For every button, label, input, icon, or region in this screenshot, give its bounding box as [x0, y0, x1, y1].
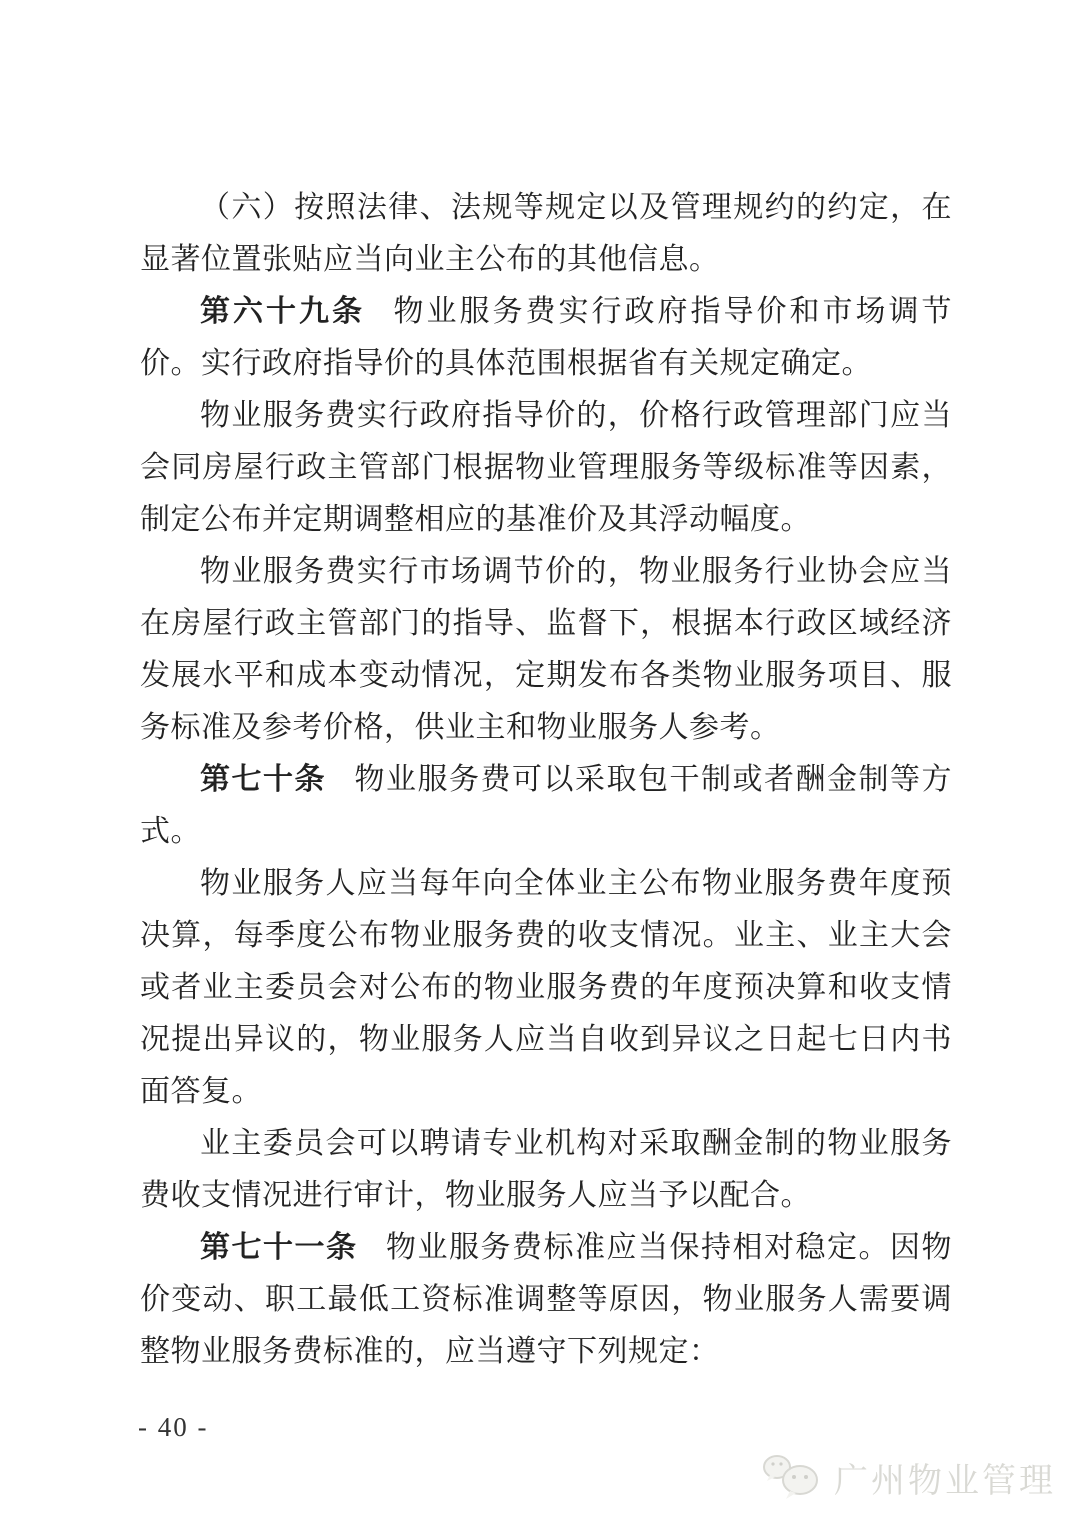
document-body: （六）按照法律、法规等规定以及管理规约的约定，在显著位置张贴应当向业主公布的其他… [140, 182, 952, 1378]
watermark-label: 广州物业管理 [834, 1453, 1056, 1502]
page-number: - 40 - [138, 1412, 208, 1443]
paragraph-text: 物业服务人应当每年向全体业主公布物业服务费年度预决算，每季度公布物业服务费的收支… [140, 867, 952, 1108]
paragraph: 物业服务人应当每年向全体业主公布物业服务费年度预决算，每季度公布物业服务费的收支… [140, 858, 952, 1118]
paragraph: 第六十九条物业服务费实行政府指导价和市场调节价。实行政府指导价的具体范围根据省有… [140, 286, 952, 390]
paragraph: 第七十条物业服务费可以采取包干制或者酬金制等方式。 [140, 754, 952, 858]
paragraph: （六）按照法律、法规等规定以及管理规约的约定，在显著位置张贴应当向业主公布的其他… [140, 182, 952, 286]
article-number: 第七十一条 [200, 1231, 358, 1264]
paragraph-text: 物业服务费实行政府指导价的，价格行政管理部门应当会同房屋行政主管部门根据物业管理… [140, 399, 952, 536]
wechat-icon [760, 1450, 824, 1504]
paragraph: 业主委员会可以聘请专业机构对采取酬金制的物业服务费收支情况进行审计，物业服务人应… [140, 1118, 952, 1222]
paragraph: 物业服务费实行政府指导价的，价格行政管理部门应当会同房屋行政主管部门根据物业管理… [140, 390, 952, 546]
publisher-watermark: 广州物业管理 [760, 1450, 1056, 1504]
document-page: （六）按照法律、法规等规定以及管理规约的约定，在显著位置张贴应当向业主公布的其他… [0, 0, 1080, 1527]
paragraph: 物业服务费实行市场调节价的，物业服务行业协会应当在房屋行政主管部门的指导、监督下… [140, 546, 952, 754]
paragraph-text: 物业服务费实行市场调节价的，物业服务行业协会应当在房屋行政主管部门的指导、监督下… [140, 555, 952, 744]
paragraph-text: （六）按照法律、法规等规定以及管理规约的约定，在显著位置张贴应当向业主公布的其他… [140, 191, 952, 276]
article-number: 第七十条 [200, 763, 326, 796]
paragraph-text: 业主委员会可以聘请专业机构对采取酬金制的物业服务费收支情况进行审计，物业服务人应… [140, 1127, 952, 1212]
article-number: 第六十九条 [200, 295, 365, 328]
paragraph: 第七十一条物业服务费标准应当保持相对稳定。因物价变动、职工最低工资标准调整等原因… [140, 1222, 952, 1378]
